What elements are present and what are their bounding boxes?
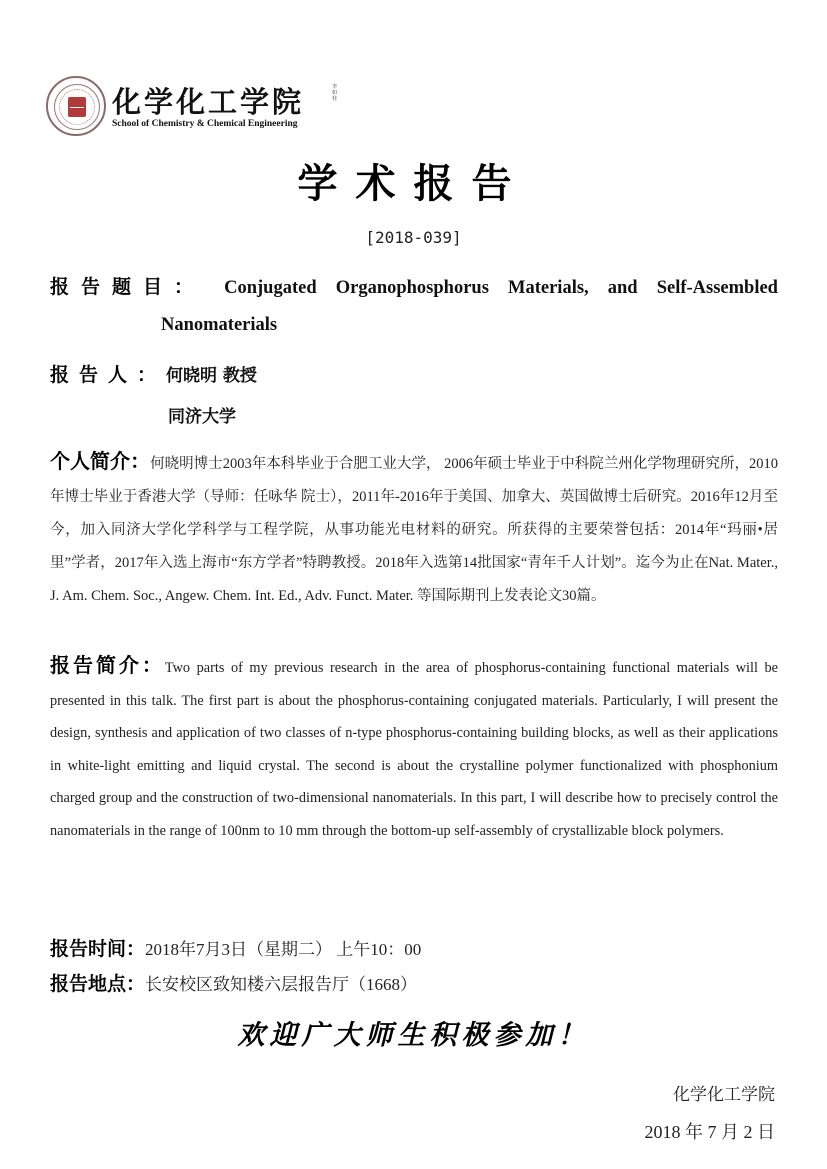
logo-english-name: School of Chemistry & Chemical Engineeri…	[112, 119, 298, 129]
signature-date: 2018 年 7 月 2 日	[645, 1118, 776, 1144]
logo-chinese-name: 化学化工学院	[112, 80, 304, 121]
time-value: 2018年7月3日（星期二） 上午10：00	[145, 940, 421, 959]
speaker-affiliation: 同济大学	[168, 402, 236, 427]
bio-section: 个人简介：何晓明博士2003年本科毕业于合肥工业大学， 2006年硕士毕业于中科…	[50, 445, 778, 613]
topic-word: Self-Assembled	[657, 278, 778, 299]
welcome-message: 欢迎广大师生积极参加！	[0, 1013, 827, 1052]
place-section: 报告地点：长安校区致知楼六层报告厅（1668）	[50, 969, 417, 996]
signature-org: 化学化工学院	[673, 1080, 775, 1105]
abstract-text: Two parts of my previous research in the…	[50, 660, 778, 839]
report-number: [2018-039]	[0, 228, 827, 247]
topic-word: Materials,	[508, 278, 589, 299]
topic-word: Conjugated	[224, 278, 317, 299]
school-logo: 化学化工学院 李如桂 School of Chemistry & Chemica…	[46, 76, 306, 140]
topic-line-2: Nanomaterials	[161, 315, 778, 336]
bio-text: 何晓明博士2003年本科毕业于合肥工业大学， 2006年硕士毕业于中科院兰州化学…	[50, 456, 778, 604]
abstract-section: 报告简介：Two parts of my previous research i…	[50, 649, 778, 847]
speaker-name: 何晓明 教授	[166, 366, 257, 386]
page-title: 学术报告	[0, 152, 827, 209]
place-label: 报告地点：	[50, 973, 145, 995]
place-value: 长安校区致知楼六层报告厅（1668）	[145, 975, 417, 994]
abstract-label: 报告简介：	[50, 653, 165, 677]
speaker-section: 报告人：何晓明 教授	[50, 360, 257, 387]
topic-label: 报告题目：	[50, 272, 205, 299]
bio-label: 个人简介：	[50, 449, 150, 473]
time-label: 报告时间：	[50, 938, 145, 960]
university-seal-icon	[46, 76, 106, 136]
logo-signature: 李如桂	[332, 84, 338, 102]
topic-word: Organophosphorus	[336, 278, 489, 299]
speaker-label: 报告人：	[50, 364, 166, 386]
time-section: 报告时间：2018年7月3日（星期二） 上午10：00	[50, 934, 421, 961]
topic-section: 报告题目： Conjugated Organophosphorus Materi…	[50, 272, 778, 336]
topic-word: and	[608, 278, 638, 299]
